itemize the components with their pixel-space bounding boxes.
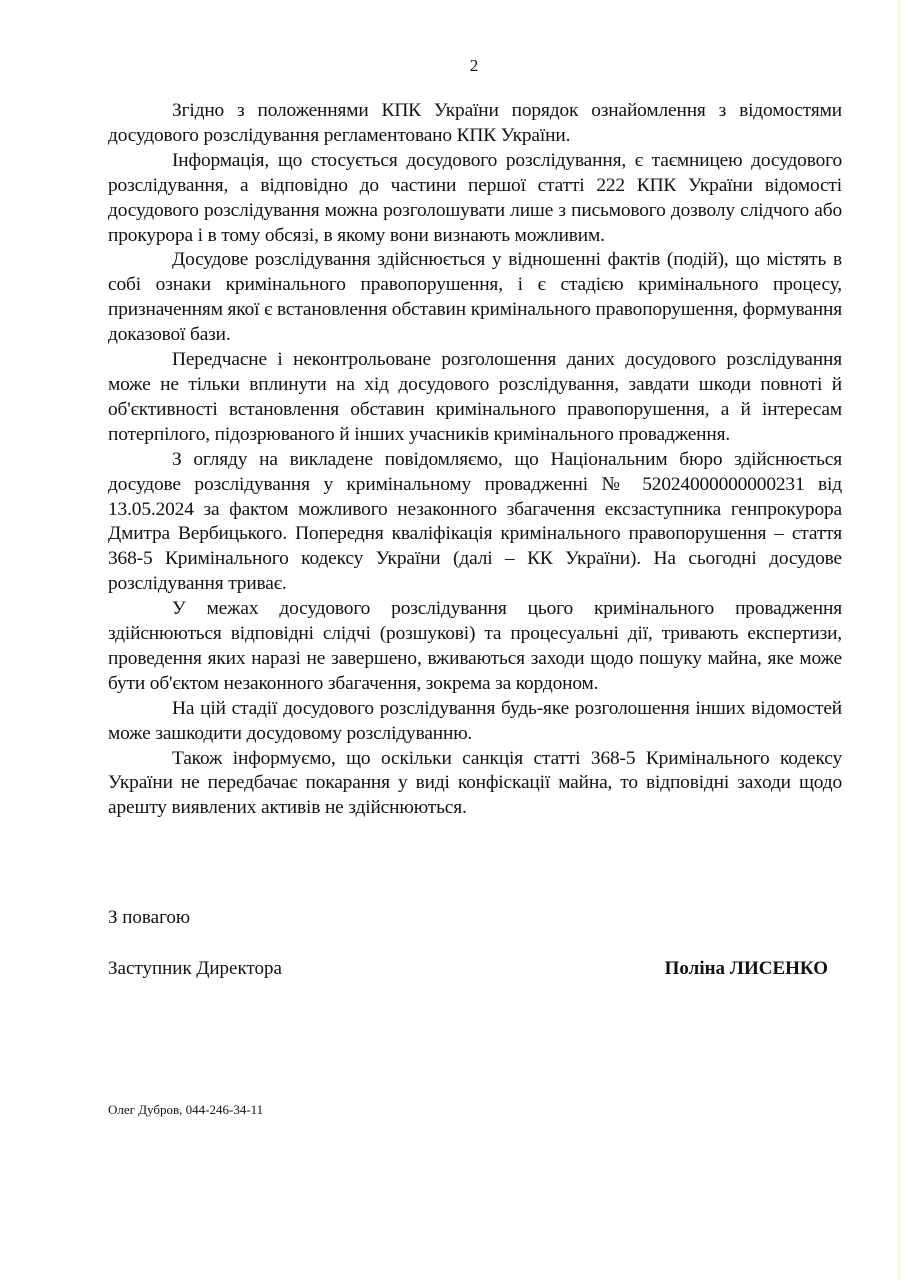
paragraph-premature-disclosure: Передчасне і неконтрольоване розголошенн…	[108, 348, 842, 448]
paragraph-asset-arrest: Також інформуємо, що оскільки санкція ст…	[108, 747, 842, 822]
paragraph-secrecy: Інформація, що стосується досудового роз…	[108, 149, 842, 249]
letter-body: Згідно з положеннями КПК України порядок…	[108, 99, 842, 821]
signatory-name: Поліна ЛИСЕНКО	[665, 956, 828, 982]
executor-contact: Олег Дубров, 044-246-34-11	[108, 1102, 263, 1118]
paragraph-investigative-actions: У межах досудового розслідування цього к…	[108, 597, 842, 697]
closing-salutation: З повагою	[108, 906, 190, 930]
paragraph-access-rules: Згідно з положеннями КПК України порядок…	[108, 99, 842, 149]
paragraph-case-details: З огляду на викладене повідомляємо, що Н…	[108, 448, 842, 597]
paragraph-disclosure-harm: На цій стадії досудового розслідування б…	[108, 697, 842, 747]
document-page: 2 Згідно з положеннями КПК України поряд…	[0, 0, 898, 1280]
signature-block: Заступник Директора Поліна ЛИСЕНКО	[108, 956, 828, 982]
page-number: 2	[0, 56, 905, 76]
signatory-title: Заступник Директора	[108, 956, 282, 982]
page-edge-strip	[898, 0, 905, 1280]
paragraph-investigation-definition: Досудове розслідування здійснюється у ві…	[108, 248, 842, 348]
